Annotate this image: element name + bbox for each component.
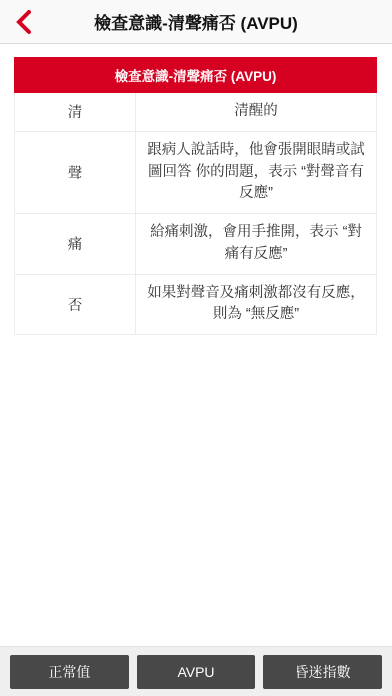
row-description-verbal: 跟病人說話時，他會張開眼睛或試圖回答 你的問題，表示 “對聲音有反應”	[136, 132, 376, 213]
normal-values-button[interactable]: 正常值	[10, 655, 129, 689]
nav-bar: 檢查意識-清聲痛否 (AVPU)	[0, 0, 392, 44]
row-key-pain: 痛	[15, 214, 136, 274]
row-key-verbal: 聲	[15, 132, 136, 213]
table-row: 否 如果對聲音及痛刺激都沒有反應，則為 “無反應”	[15, 274, 376, 335]
table-header: 檢查意識-清聲痛否 (AVPU)	[14, 57, 377, 93]
row-description-pain: 給痛刺激，會用手推開，表示 “對痛有反應”	[136, 214, 376, 274]
coma-scale-button[interactable]: 昏迷指數	[263, 655, 382, 689]
row-key-alert: 清	[15, 93, 136, 131]
row-description-unresponsive: 如果對聲音及痛刺激都沒有反應，則為 “無反應”	[136, 275, 376, 335]
table-row: 痛 給痛刺激，會用手推開，表示 “對痛有反應”	[15, 213, 376, 274]
row-key-unresponsive: 否	[15, 275, 136, 335]
row-description-alert: 清醒的	[136, 93, 376, 131]
app-screen: 檢查意識-清聲痛否 (AVPU) 檢查意識-清聲痛否 (AVPU) 清 清醒的 …	[0, 0, 392, 696]
back-button[interactable]	[6, 0, 42, 44]
bottom-bar: 正常值 AVPU 昏迷指數	[0, 646, 392, 696]
table-body: 清 清醒的 聲 跟病人說話時，他會張開眼睛或試圖回答 你的問題，表示 “對聲音有…	[14, 93, 377, 335]
table-row: 清 清醒的	[15, 93, 376, 131]
page-title: 檢查意識-清聲痛否 (AVPU)	[0, 9, 392, 34]
avpu-button[interactable]: AVPU	[137, 655, 256, 689]
table-row: 聲 跟病人說話時，他會張開眼睛或試圖回答 你的問題，表示 “對聲音有反應”	[15, 131, 376, 213]
avpu-table: 檢查意識-清聲痛否 (AVPU) 清 清醒的 聲 跟病人說話時，他會張開眼睛或試…	[14, 57, 377, 335]
chevron-left-icon	[15, 9, 33, 35]
